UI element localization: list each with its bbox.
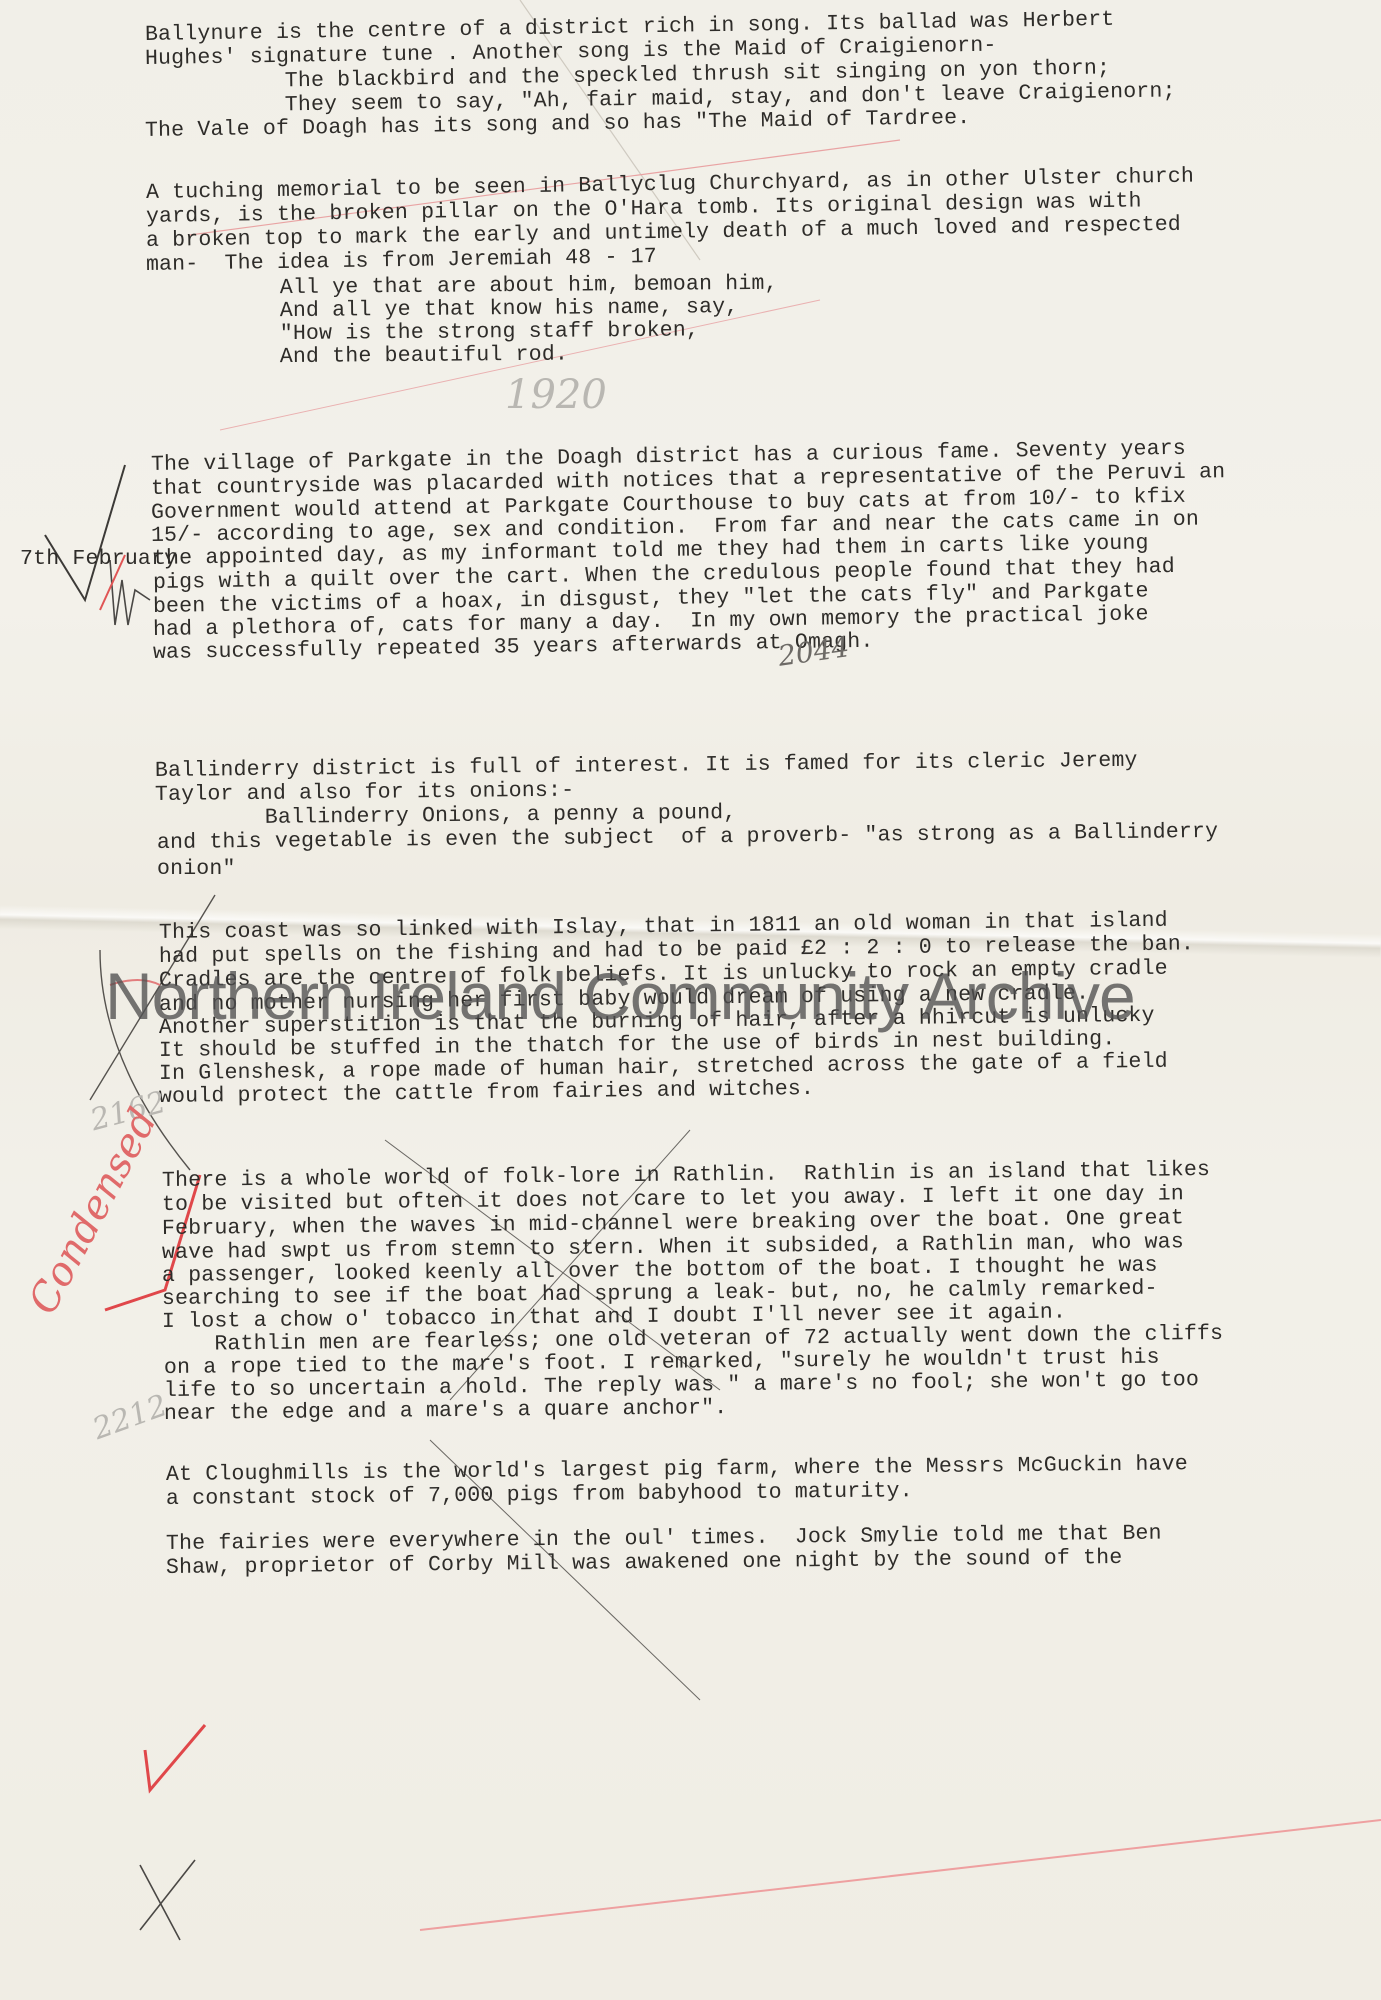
verse-line: And the beautiful rod. bbox=[175, 342, 568, 371]
number-annotation: 2212 bbox=[88, 1388, 172, 1447]
text-line: onion" bbox=[157, 856, 236, 882]
text-line: Ballinderry district is full of interest… bbox=[155, 748, 1138, 784]
year-annotation: 1920 bbox=[505, 372, 607, 418]
red-margin-note: Condensed bbox=[20, 1101, 166, 1322]
archive-watermark: Northern Ireland Community Archive bbox=[105, 958, 1135, 1034]
document-page: Ballynure is the centre of a district ri… bbox=[0, 0, 1381, 2000]
text-line: near the edge and a mare's a quare ancho… bbox=[164, 1395, 728, 1427]
